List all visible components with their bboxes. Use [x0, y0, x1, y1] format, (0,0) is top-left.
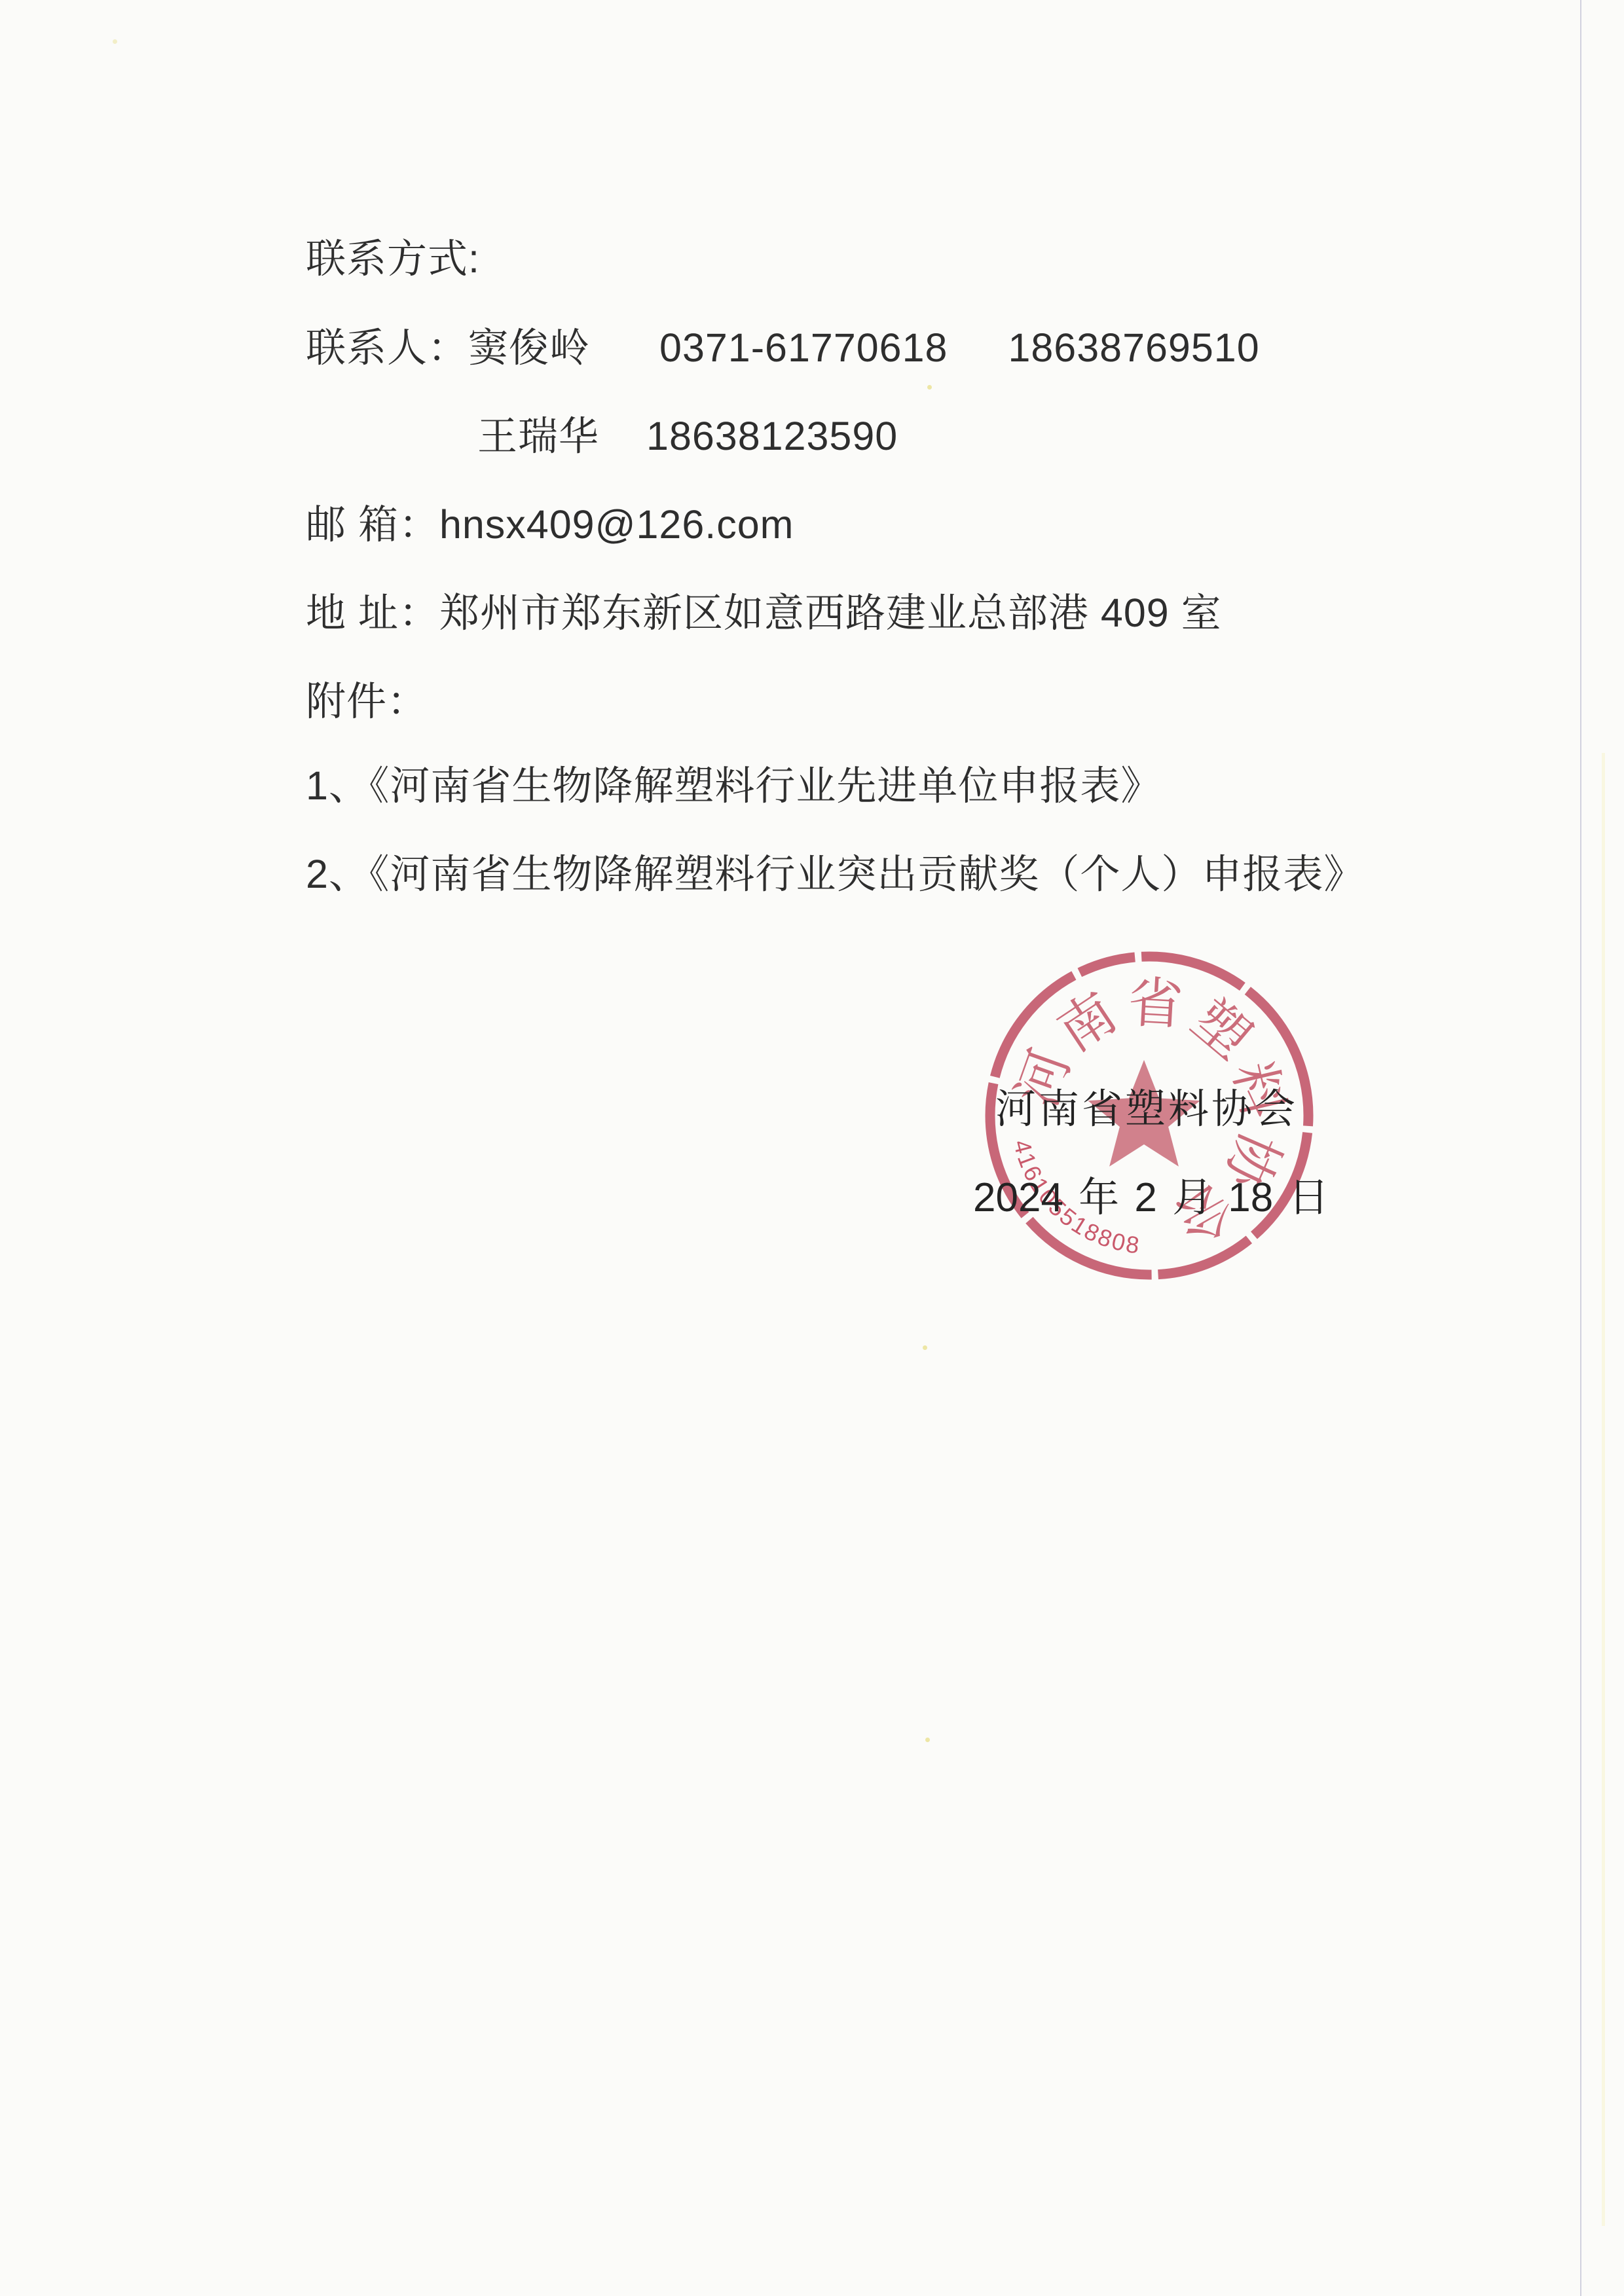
scan-speck [925, 1738, 930, 1742]
attachments-heading: 附件： [306, 670, 428, 727]
attachment-item-2: 2、《河南省生物降解塑料行业突出贡献奖（个人）申报表》 [306, 843, 1364, 900]
address-label: 地 址： [306, 591, 439, 635]
scan-speck [927, 385, 932, 390]
email-line: 邮 箱：hnsx409@126.com [306, 493, 794, 550]
contact-heading: 联系方式: [306, 227, 480, 284]
contact-person2-line: 王瑞华18638123590 [306, 405, 898, 462]
attachment-item-1: 1、《河南省生物降解塑料行业先进单位申报表》 [306, 754, 1161, 811]
document-page: 联系方式: 联系人：窦俊岭0371-6177061818638769510 王瑞… [0, 0, 1624, 2296]
seal-ring-char: 塑 [1180, 989, 1261, 1071]
signature-org-name: 河南省塑料协会 [995, 1076, 1298, 1135]
contact-person-label: 联系人： [306, 325, 468, 370]
scan-speck [923, 1345, 927, 1350]
seal-ring-char: 省 [1126, 973, 1185, 1037]
email-value: hnsx409@126.com [439, 502, 794, 547]
address-line: 地 址：郑州市郑东新区如意西路建业总部港 409 室 [306, 581, 1222, 638]
signature-date: 2024 年 2 月 18 日 [973, 1165, 1329, 1223]
contact-person2-phone: 18638123590 [646, 414, 898, 458]
contact-person-line: 联系人：窦俊岭0371-6177061818638769510 [306, 316, 1260, 373]
contact-person2-name: 王瑞华 [477, 414, 599, 458]
contact-person1-name: 窦俊岭 [468, 325, 590, 370]
email-label: 邮 箱： [306, 502, 439, 547]
seal-ring-char: 南 [1048, 982, 1127, 1063]
contact-person1-phone-mobile: 18638769510 [1008, 325, 1259, 370]
contact-person1-phone-office: 0371-61770618 [659, 325, 948, 370]
scan-speck [113, 39, 117, 44]
scan-artifact-line [1580, 0, 1581, 2296]
address-value: 郑州市郑东新区如意西路建业总部港 409 室 [439, 591, 1222, 635]
scan-artifact-streak [1602, 753, 1605, 2226]
